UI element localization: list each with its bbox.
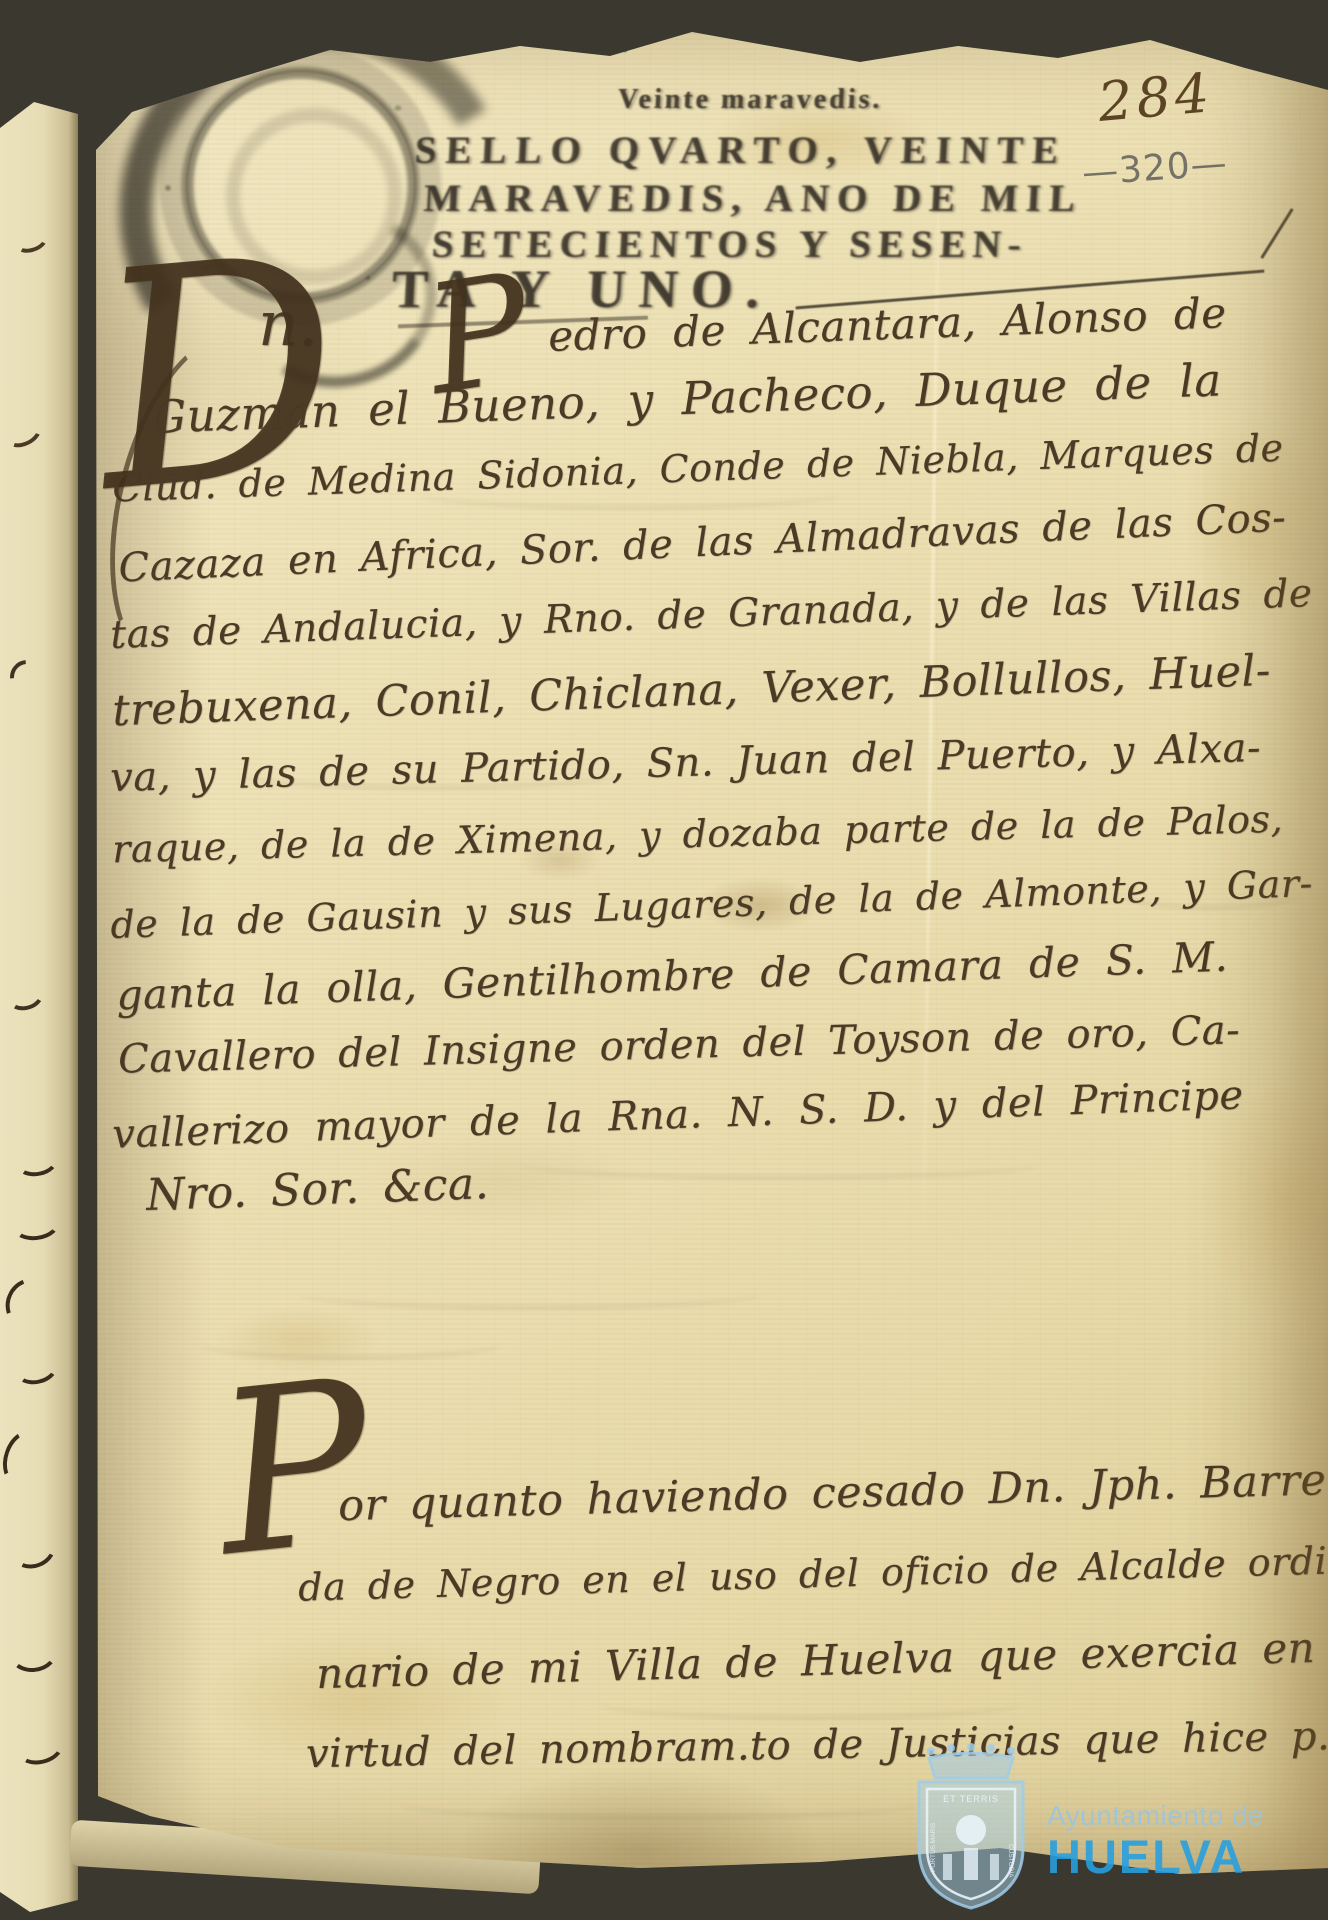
watermark-wordmark: Ayuntamiento de HUELVA [1047,1800,1264,1881]
ink-fragment [3,976,47,1015]
huelva-shield-icon: ET TERRIS PORTUS MARIS CUSTODIA [905,1742,1037,1920]
archival-photo: Veinte maravedis. SELLO QVARTO, VEINTE M… [0,0,1328,1920]
watermark-org-line: Ayuntamiento de [1047,1800,1264,1832]
shield-motto-right: CUSTODIA [1007,1844,1014,1878]
ink-fragment [6,1628,60,1675]
huelva-watermark: ET TERRIS PORTUS MARIS CUSTODIA Ayuntami… [905,1742,1328,1920]
shield-motto-left: PORTUS MARIS [930,1822,937,1872]
ink-fragment [11,1348,61,1388]
ink-fragment [0,413,45,453]
ink-fragment [5,1523,61,1574]
ink-fragment [14,1145,60,1180]
ink-fragment [3,653,51,701]
ink-fragment [10,1205,62,1243]
manuscript-page: Veinte maravedis. SELLO QVARTO, VEINTE M… [0,0,1328,1920]
adjacent-page-edge [0,0,78,1920]
ink-fragment [0,1425,50,1490]
ink-fragment [11,225,50,256]
shield-motto-top: ET TERRIS [943,1794,999,1804]
photo-vignette [0,0,1328,1920]
ink-fragment [0,1270,63,1337]
watermark-org-name: HUELVA [1047,1832,1264,1881]
ink-fragment [3,41,51,86]
ink-fragment [13,1725,68,1770]
